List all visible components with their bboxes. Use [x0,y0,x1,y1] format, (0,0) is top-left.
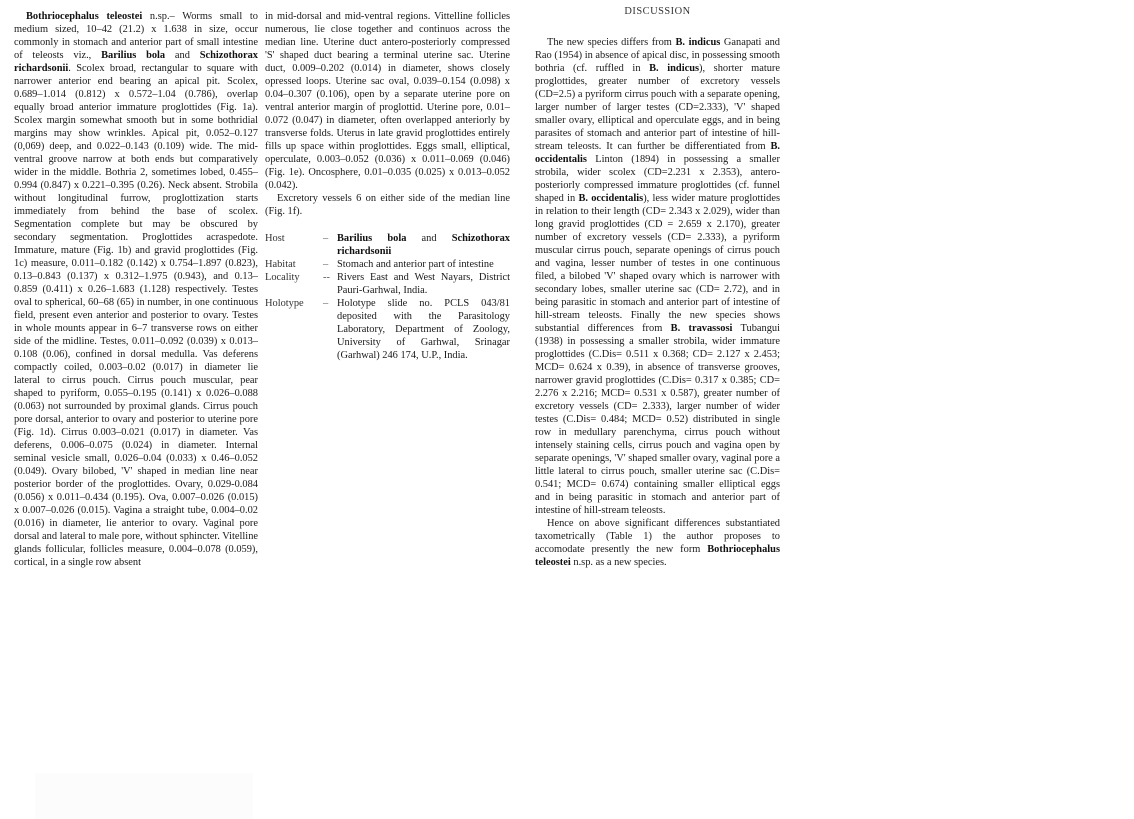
meta-dash: – [323,232,337,245]
species-name: Bothriocephalus teleostei [26,11,142,22]
species-description: Bothriocephalus teleostei n.sp.– Worms s… [14,10,258,569]
meta-label: Locality [265,271,323,284]
meta-row-locality: Locality -- Rivers East and West Nayars,… [265,271,510,297]
column-2: in mid-dorsal and mid-ventral regions. V… [265,10,510,362]
specimen-metadata: Host – Barilius bola and Schizothorax ri… [265,232,510,362]
meta-value: Rivers East and West Nayars, District Pa… [337,271,510,297]
meta-value: Holotype slide no. PCLS 043/81 deposited… [337,297,510,362]
discussion-paragraph-1: The new species differs from B. indicus … [535,36,780,517]
meta-label: Habitat [265,258,323,271]
scan-artifact [35,773,253,819]
meta-value: Barilius bola and Schizothorax richardso… [337,232,510,258]
meta-row-holotype: Holotype – Holotype slide no. PCLS 043/8… [265,297,510,362]
meta-label: Host [265,232,323,245]
discussion-paragraph-2: Hence on above significant differences s… [535,517,780,569]
meta-row-habitat: Habitat – Stomach and anterior part of i… [265,258,510,271]
column-3: DISCUSSION The new species differs from … [535,5,780,569]
meta-dash: -- [323,271,337,284]
meta-value: Stomach and anterior part of intestine [337,258,510,271]
meta-row-host: Host – Barilius bola and Schizothorax ri… [265,232,510,258]
host-name-1: Barilius bola [101,50,165,61]
meta-dash: – [323,258,337,271]
meta-dash: – [323,297,337,310]
excretory-paragraph: Excretory vessels 6 on either side of th… [265,192,510,218]
meta-label: Holotype [265,297,323,310]
column-1: Bothriocephalus teleostei n.sp.– Worms s… [14,10,258,569]
description-continuation: in mid-dorsal and mid-ventral regions. V… [265,10,510,192]
section-heading-discussion: DISCUSSION [535,5,780,18]
